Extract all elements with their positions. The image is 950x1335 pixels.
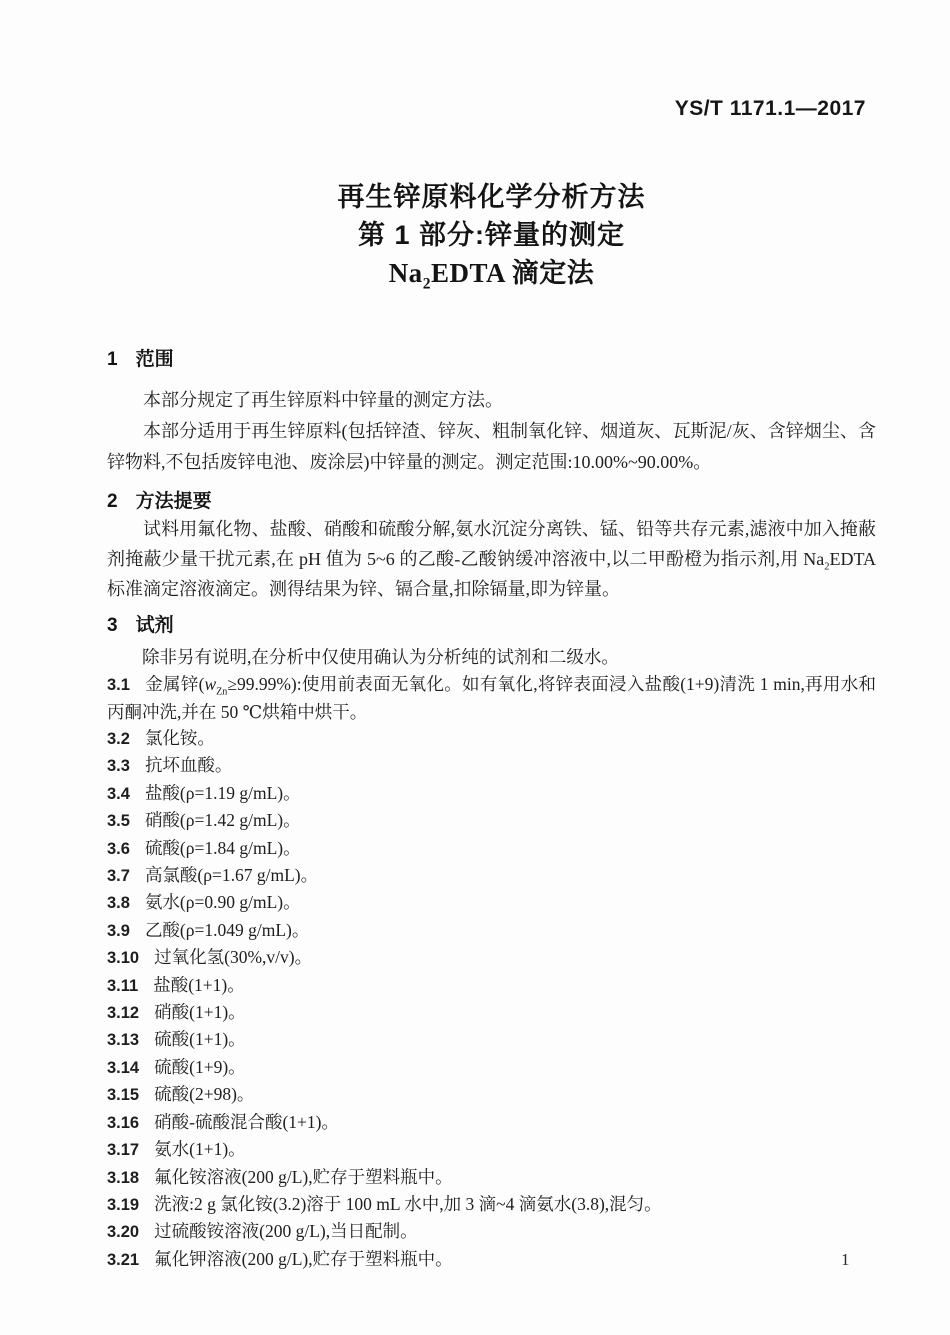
method-summary-text-1: 试料用氟化物、盐酸、硝酸和硫酸分解,氨水沉淀分离铁、锰、铅等共存元素,滤液中加入… [107, 519, 876, 569]
reagent-item: 3.19洗液:2 g 氯化铵(3.2)溶于 100 mL 水中,加 3 滴~4 … [107, 1191, 876, 1218]
section-3-number: 3 [107, 615, 118, 636]
reagent-item-text: 硝酸(1+1)。 [154, 1002, 246, 1022]
scope-paragraph-1: 本部分规定了再生锌原料中锌量的测定方法。 [107, 385, 876, 416]
reagent-item: 3.18氟化铵溶液(200 g/L),贮存于塑料瓶中。 [107, 1164, 876, 1191]
reagent-item-text-pre: 金属锌( [145, 674, 205, 694]
reagent-item: 3.6硫酸(ρ=1.84 g/mL)。 [107, 835, 876, 862]
section-2-heading: 2方法提要 [107, 490, 876, 514]
reagent-item: 3.10过氧化氢(30%,v/v)。 [107, 944, 876, 971]
reagent-item-3-1: 3.1金属锌(wZn≥99.99%):使用前表面无氧化。如有氧化,将锌表面浸入盐… [107, 671, 876, 725]
reagent-item-text: 硫酸(1+1)。 [154, 1029, 246, 1049]
reagent-item-number: 3.12 [107, 1004, 139, 1022]
title-line-2: 第 1 部分:锌量的测定 [107, 216, 876, 254]
reagent-item-text: 硫酸(1+9)。 [154, 1057, 246, 1077]
section-1-title: 范围 [136, 349, 174, 370]
reagent-item-number: 3.19 [107, 1196, 139, 1214]
reagent-item-number: 3.16 [107, 1114, 139, 1132]
reagent-item: 3.14硫酸(1+9)。 [107, 1054, 876, 1081]
reagent-item-number: 3.3 [107, 757, 130, 775]
page: YS/T 1171.1—2017 再生锌原料化学分析方法 第 1 部分:锌量的测… [0, 0, 950, 1335]
reagent-item-number: 3.15 [107, 1086, 139, 1104]
reagent-item: 3.7高氯酸(ρ=1.67 g/mL)。 [107, 862, 876, 889]
reagent-item-text: 氟化铵溶液(200 g/L),贮存于塑料瓶中。 [154, 1167, 452, 1187]
reagent-item-text: 硝酸-硫酸混合酸(1+1)。 [154, 1112, 339, 1132]
reagent-item: 3.3抗坏血酸。 [107, 752, 876, 779]
reagent-item: 3.9乙酸(ρ=1.049 g/mL)。 [107, 917, 876, 944]
reagent-item-text: 洗液:2 g 氯化铵(3.2)溶于 100 mL 水中,加 3 滴~4 滴氨水(… [154, 1194, 662, 1214]
section-1-number: 1 [107, 349, 118, 370]
document-title: 再生锌原料化学分析方法 第 1 部分:锌量的测定 Na2EDTA 滴定法 [107, 178, 876, 292]
reagent-item: 3.2氯化铵。 [107, 725, 876, 752]
title-line-3-suffix: EDTA 滴定法 [431, 258, 594, 288]
reagent-item: 3.4盐酸(ρ=1.19 g/mL)。 [107, 780, 876, 807]
reagent-item-number: 3.17 [107, 1141, 139, 1159]
reagent-item-number: 3.2 [107, 730, 130, 748]
reagent-item-number: 3.6 [107, 840, 130, 858]
reagent-item-text: 高氯酸(ρ=1.67 g/mL)。 [145, 865, 318, 885]
section-3-heading: 3试剂 [107, 614, 876, 638]
reagent-item-text: 氨水(ρ=0.90 g/mL)。 [145, 892, 301, 912]
reagent-item-number: 3.11 [107, 977, 138, 995]
reagent-item-text: 盐酸(ρ=1.19 g/mL)。 [145, 783, 301, 803]
section-2-title: 方法提要 [136, 491, 212, 512]
reagent-item: 3.12硝酸(1+1)。 [107, 999, 876, 1026]
reagent-item-text: 过氧化氢(30%,v/v)。 [154, 947, 312, 967]
reagent-item-number: 3.21 [107, 1251, 139, 1269]
reagent-item-number: 3.13 [107, 1031, 139, 1049]
reagents-intro: 除非另有说明,在分析中仅使用确认为分析纯的试剂和二级水。 [107, 644, 876, 671]
standard-code: YS/T 1171.1—2017 [675, 97, 866, 121]
reagent-item-text: 乙酸(ρ=1.049 g/mL)。 [145, 920, 309, 940]
reagent-item: 3.13硫酸(1+1)。 [107, 1026, 876, 1053]
reagent-item-number: 3.9 [107, 922, 130, 940]
title-line-3: Na2EDTA 滴定法 [107, 254, 876, 292]
reagent-item-text: 抗坏血酸。 [145, 755, 233, 775]
reagent-item-text: 硫酸(ρ=1.84 g/mL)。 [145, 838, 301, 858]
reagent-item-number: 3.4 [107, 785, 130, 803]
reagent-item-number: 3.10 [107, 949, 139, 967]
section-3-title: 试剂 [136, 615, 174, 636]
reagent-item: 3.11盐酸(1+1)。 [107, 972, 876, 999]
reagent-item: 3.20过硫酸铵溶液(200 g/L),当日配制。 [107, 1218, 876, 1245]
zinc-mass-fraction-symbol: w [204, 674, 216, 694]
reagent-item-number: 3.18 [107, 1169, 139, 1187]
reagent-item-text: 盐酸(1+1)。 [153, 975, 245, 995]
reagent-item: 3.21氟化钾溶液(200 g/L),贮存于塑料瓶中。 [107, 1246, 876, 1273]
section-1-heading: 1范围 [107, 348, 876, 372]
reagent-item-number: 3.14 [107, 1059, 139, 1077]
reagent-item-text: 氯化铵。 [145, 728, 215, 748]
reagent-item: 3.16硝酸-硫酸混合酸(1+1)。 [107, 1109, 876, 1136]
section-2-number: 2 [107, 491, 118, 512]
reagent-item: 3.17氨水(1+1)。 [107, 1136, 876, 1163]
reagent-item-number: 3.7 [107, 867, 130, 885]
na2edta-prefix: Na [389, 258, 423, 288]
na2edta-subscript: 2 [423, 275, 431, 292]
reagent-item: 3.8氨水(ρ=0.90 g/mL)。 [107, 889, 876, 916]
reagent-item-number: 3.8 [107, 894, 130, 912]
reagent-item-text: 硝酸(ρ=1.42 g/mL)。 [145, 810, 301, 830]
scope-paragraph-2: 本部分适用于再生锌原料(包括锌渣、锌灰、粗制氧化锌、烟道灰、瓦斯泥/灰、含锌烟尘… [107, 416, 876, 478]
zinc-mass-fraction-subscript: Zn [216, 687, 227, 698]
reagent-item: 3.5硝酸(ρ=1.42 g/mL)。 [107, 807, 876, 834]
title-line-1: 再生锌原料化学分析方法 [107, 178, 876, 216]
reagent-item-text: 氨水(1+1)。 [154, 1139, 246, 1159]
document-body: 1范围 本部分规定了再生锌原料中锌量的测定方法。 本部分适用于再生锌原料(包括锌… [107, 348, 876, 1273]
reagent-item-text: 过硫酸铵溶液(200 g/L),当日配制。 [154, 1221, 417, 1241]
reagent-item-text: 硫酸(2+98)。 [154, 1084, 254, 1104]
method-summary-paragraph: 试料用氟化物、盐酸、硝酸和硫酸分解,氨水沉淀分离铁、锰、铅等共存元素,滤液中加入… [107, 514, 876, 604]
reagent-item-text: 氟化钾溶液(200 g/L),贮存于塑料瓶中。 [154, 1249, 452, 1269]
reagent-item-number: 3.5 [107, 812, 130, 830]
reagent-item-number: 3.1 [107, 676, 130, 694]
reagent-item: 3.15硫酸(2+98)。 [107, 1081, 876, 1108]
reagent-item-number: 3.20 [107, 1223, 139, 1241]
page-number: 1 [841, 1250, 850, 1270]
